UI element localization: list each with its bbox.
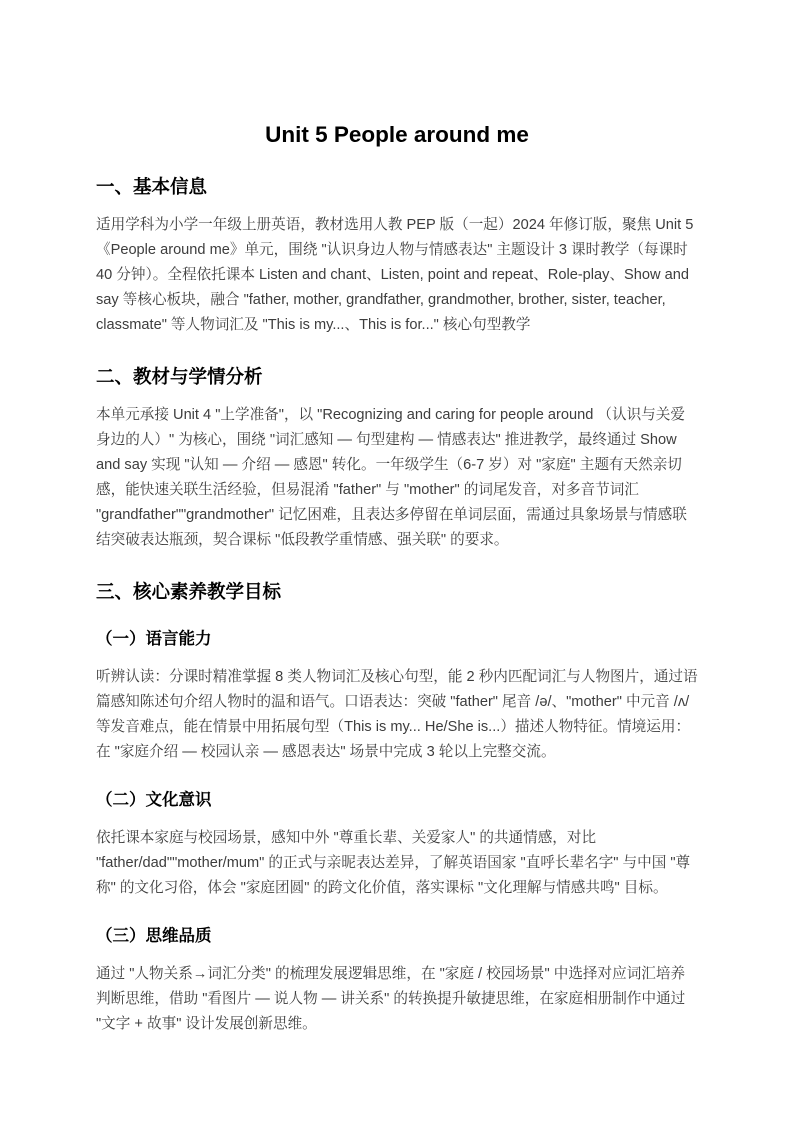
- document-title: Unit 5 People around me: [96, 121, 698, 148]
- heading-basic-info: 一、基本信息: [96, 174, 698, 199]
- paragraph-thinking-quality: 通过 "人物关系→词汇分类" 的梳理发展逻辑思维，在 "家庭 / 校园场景" 中…: [96, 962, 698, 1037]
- subsection-thinking-quality: （三）思维品质 通过 "人物关系→词汇分类" 的梳理发展逻辑思维，在 "家庭 /…: [96, 925, 698, 1037]
- paragraph-material-analysis: 本单元承接 Unit 4 "上学准备"，以 "Recognizing and c…: [96, 403, 698, 553]
- heading-core-objectives: 三、核心素养教学目标: [96, 579, 698, 604]
- heading-language-ability: （一）语言能力: [96, 628, 698, 651]
- paragraph-language-ability: 听辨认读：分课时精准掌握 8 类人物词汇及核心句型，能 2 秒内匹配词汇与人物图…: [96, 665, 698, 765]
- heading-material-analysis: 二、教材与学情分析: [96, 364, 698, 389]
- paragraph-cultural-awareness: 依托课本家庭与校园场景，感知中外 "尊重长辈、关爱家人" 的共通情感，对比 "f…: [96, 826, 698, 901]
- section-core-objectives: 三、核心素养教学目标 （一）语言能力 听辨认读：分课时精准掌握 8 类人物词汇及…: [96, 579, 698, 1037]
- section-basic-info: 一、基本信息 适用学科为小学一年级上册英语，教材选用人教 PEP 版（一起）20…: [96, 174, 698, 338]
- document-page: Unit 5 People around me 一、基本信息 适用学科为小学一年…: [0, 0, 794, 1123]
- subsection-cultural-awareness: （二）文化意识 依托课本家庭与校园场景，感知中外 "尊重长辈、关爱家人" 的共通…: [96, 789, 698, 901]
- heading-thinking-quality: （三）思维品质: [96, 925, 698, 948]
- heading-cultural-awareness: （二）文化意识: [96, 789, 698, 812]
- subsection-language-ability: （一）语言能力 听辨认读：分课时精准掌握 8 类人物词汇及核心句型，能 2 秒内…: [96, 628, 698, 765]
- paragraph-basic-info: 适用学科为小学一年级上册英语，教材选用人教 PEP 版（一起）2024 年修订版…: [96, 213, 698, 338]
- section-material-analysis: 二、教材与学情分析 本单元承接 Unit 4 "上学准备"，以 "Recogni…: [96, 364, 698, 553]
